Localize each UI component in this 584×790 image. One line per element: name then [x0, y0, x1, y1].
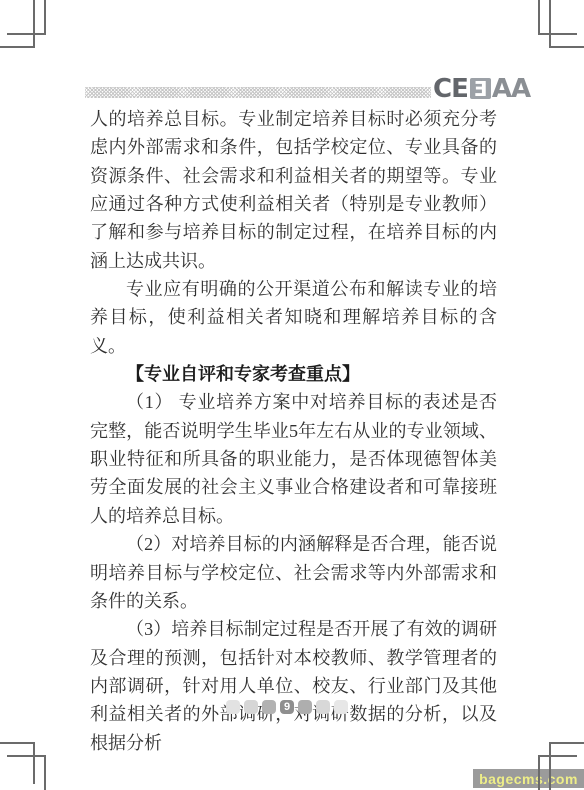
crop-mark-bottom-left-outer-horizontal [7, 755, 46, 757]
pager-square [226, 700, 240, 714]
header-hatch-rule [85, 87, 431, 98]
crop-mark-top-right-inner-horizontal [549, 46, 584, 48]
crop-mark-top-right-outer-horizontal [538, 33, 577, 35]
crop-mark-top-left-outer-vertical [44, 0, 46, 35]
page-footer: 9 [226, 700, 348, 714]
book-page: CE Ǝ AA 人的培养总目标。专业制定培养目标时必须充分考虑内外部需求和条件，… [0, 0, 584, 790]
pager-square [334, 700, 348, 714]
paragraph-item-1: （1） 专业培养方案中对培养目标的表述是否完整，能否说明学生毕业5年左右从业的专… [90, 388, 497, 530]
logo-text-aa: AA [492, 76, 530, 102]
pager-square [244, 700, 258, 714]
crop-mark-bottom-left-inner-horizontal [0, 742, 35, 744]
paragraph: 专业应有明确的公开渠道公布和解读专业的培养目标，使利益相关者知晓和理解培养目标的… [90, 275, 497, 360]
section-heading: 【专业自评和专家考查重点】 [90, 360, 497, 388]
page-body: 人的培养总目标。专业制定培养目标时必须充分考虑内外部需求和条件，包括学校定位、专… [90, 105, 497, 757]
crop-mark-top-left-outer-horizontal [7, 33, 46, 35]
crop-mark-top-right-outer-vertical [538, 0, 540, 35]
paragraph-item-3: （3）培养目标制定过程是否开展了有效的调研及合理的预测，包括针对本校教师、教学管… [90, 615, 497, 757]
ceeaa-logo: CE Ǝ AA [433, 77, 530, 100]
crop-mark-top-left-inner-vertical [33, 0, 35, 48]
crop-mark-bottom-left-outer-vertical [44, 755, 46, 790]
crop-mark-top-right-inner-vertical [549, 0, 551, 48]
crop-mark-bottom-right-inner-vertical [549, 742, 551, 790]
crop-mark-bottom-right-outer-vertical [538, 755, 540, 790]
paragraph-continuation: 人的培养总目标。专业制定培养目标时必须充分考虑内外部需求和条件，包括学校定位、专… [90, 105, 497, 275]
logo-text-ce: CE [433, 76, 468, 102]
watermark: bagecms.com [473, 769, 584, 788]
page-number-badge: 9 [280, 700, 294, 714]
crop-mark-top-left-inner-horizontal [0, 46, 35, 48]
watermark-text: bagecms.com [479, 771, 578, 787]
crop-mark-bottom-right-inner-horizontal [549, 742, 584, 744]
crop-mark-bottom-right-outer-horizontal [538, 755, 577, 757]
pager-square [316, 700, 330, 714]
pager-square [298, 700, 312, 714]
crop-mark-bottom-left-inner-vertical [33, 742, 35, 784]
pager-square [262, 700, 276, 714]
paragraph-item-2: （2）对培养目标的内涵解释是否合理，能否说明培养目标与学校定位、社会需求等内外部… [90, 530, 497, 615]
logo-reversed-e-glyph: Ǝ [470, 78, 491, 99]
